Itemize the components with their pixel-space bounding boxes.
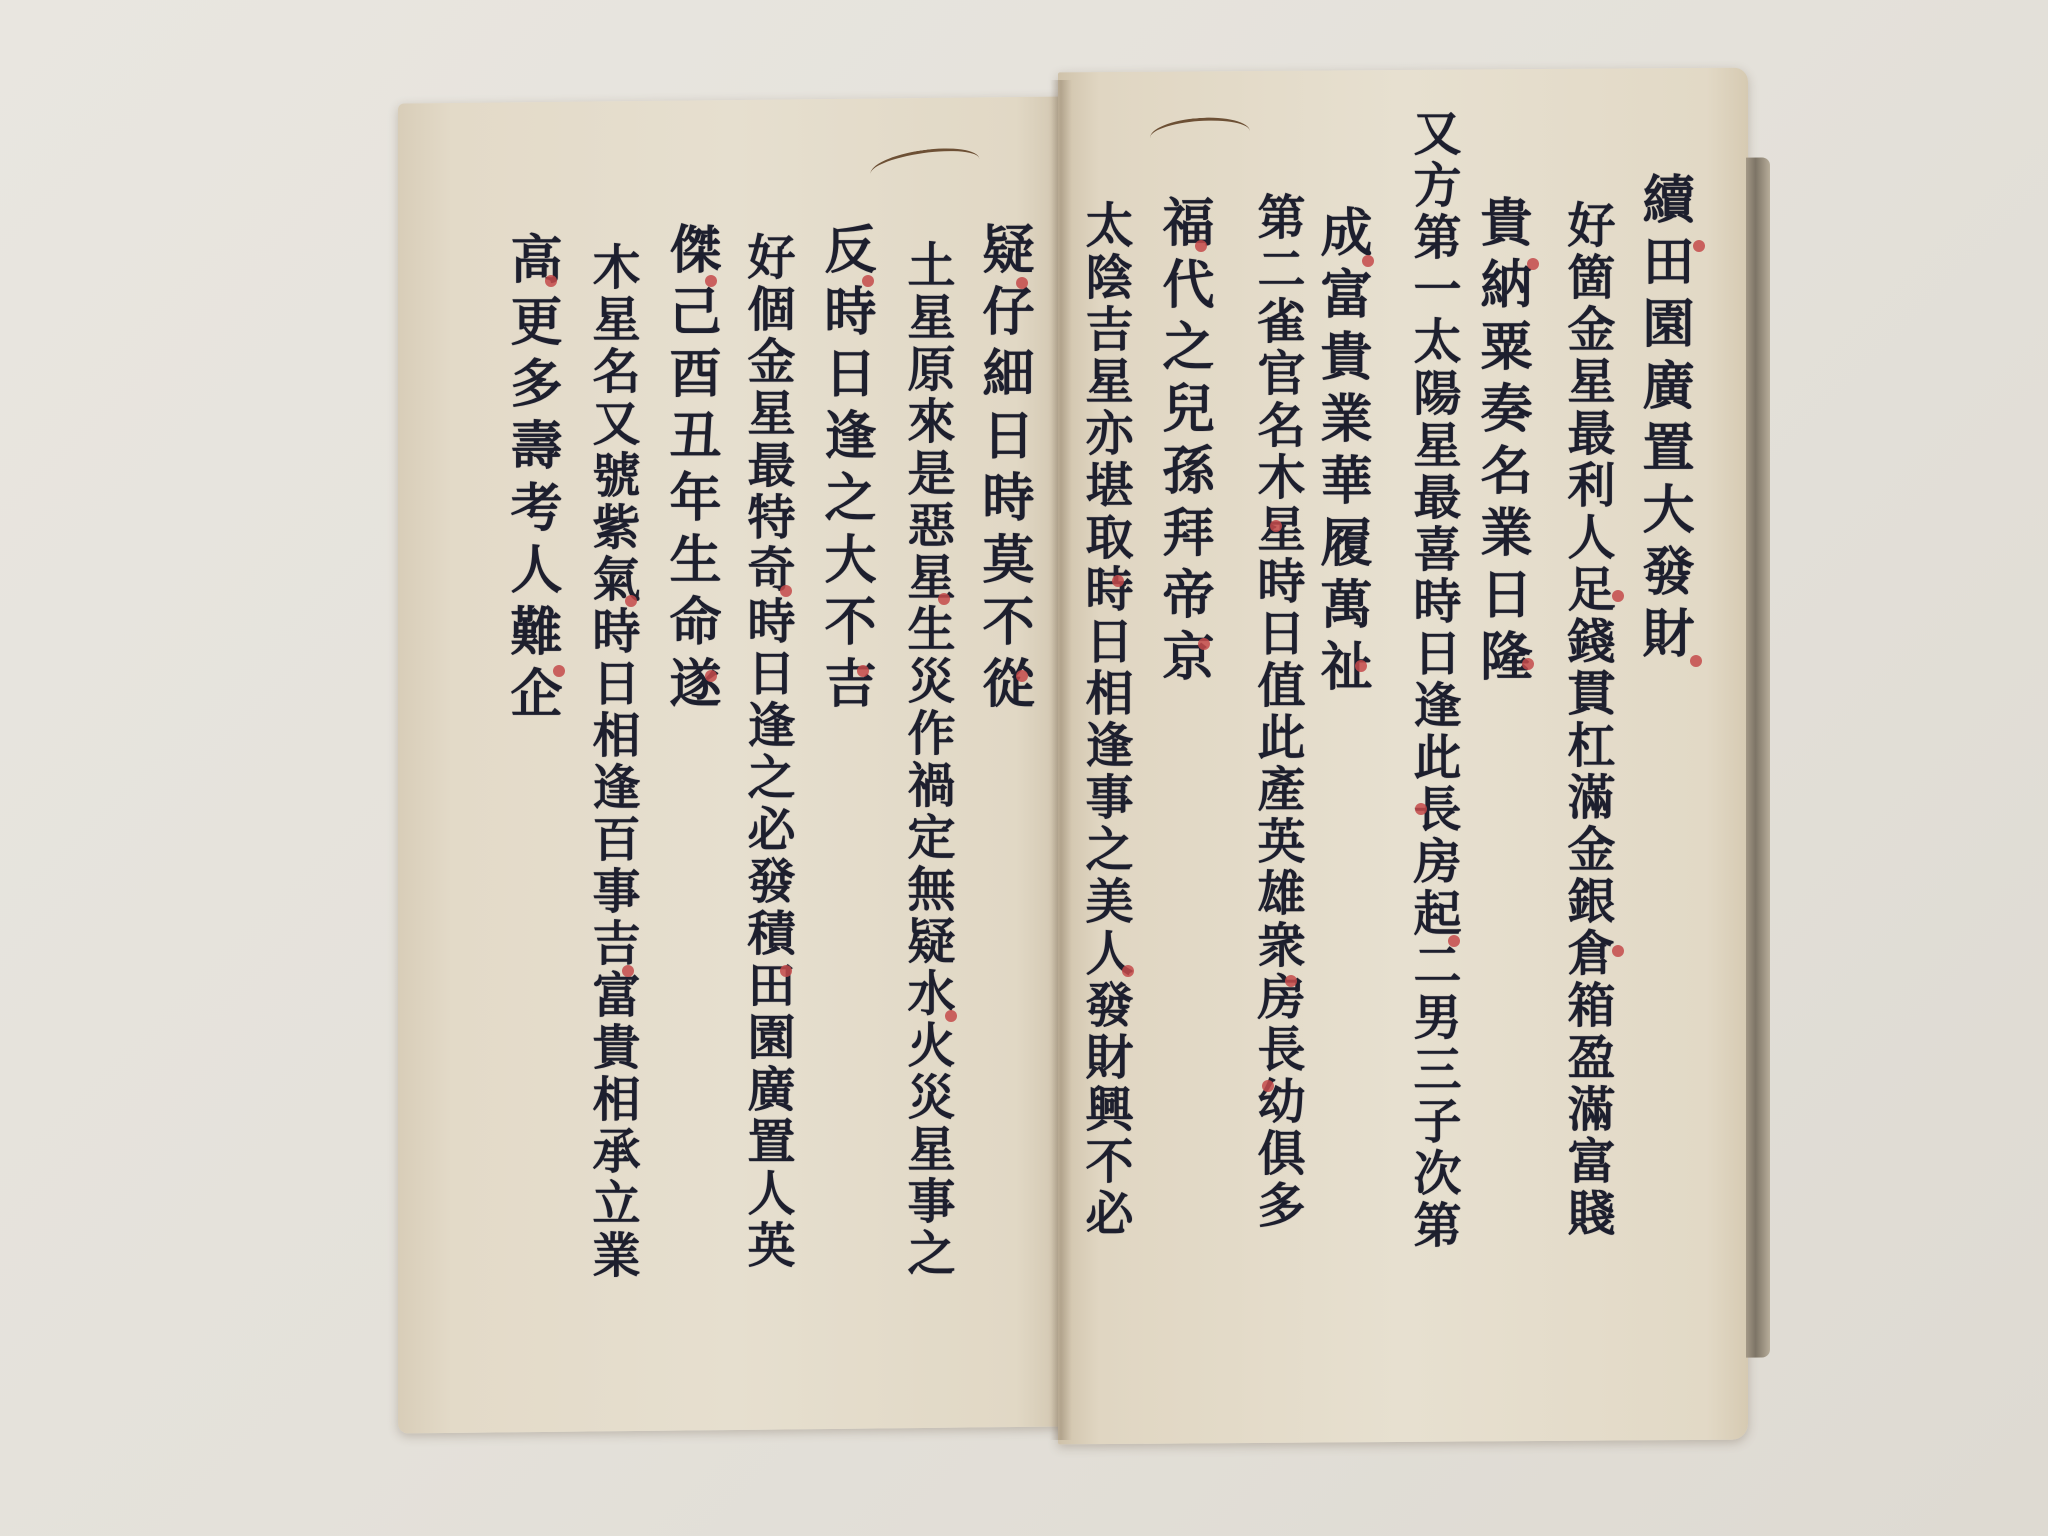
red-punctuation-mark <box>625 595 637 607</box>
text-column: 木星名又號紫氣時日相逢百事吉富貴相承立業 <box>575 242 645 1282</box>
red-punctuation-mark <box>780 965 792 977</box>
red-punctuation-mark <box>938 593 950 605</box>
red-punctuation-mark <box>857 665 869 677</box>
red-punctuation-mark <box>1198 638 1210 650</box>
text-column: 好個金星最特奇時日逢之必發積田園廣置人英 <box>730 232 800 1272</box>
red-punctuation-mark <box>1355 660 1367 672</box>
red-punctuation-mark <box>705 670 717 682</box>
red-punctuation-mark <box>1448 935 1460 947</box>
red-punctuation-mark <box>862 275 874 287</box>
red-punctuation-mark <box>1693 240 1705 252</box>
red-punctuation-mark <box>705 275 717 287</box>
red-punctuation-mark <box>1522 658 1534 670</box>
red-punctuation-mark <box>1122 965 1134 977</box>
red-punctuation-mark <box>1612 590 1624 602</box>
text-column: 第二雀官名木星時日值此產英雄衆房長幼俱多 <box>1240 192 1310 1232</box>
red-punctuation-mark <box>945 1010 957 1022</box>
text-column: 反時日逢之大不吉 <box>810 222 880 718</box>
red-punctuation-mark <box>1195 240 1207 252</box>
red-punctuation-mark <box>545 275 557 287</box>
red-punctuation-mark <box>1262 1080 1274 1092</box>
red-punctuation-mark <box>1612 945 1624 957</box>
text-column: 好箇金星最利人足錢貫杠滿金銀倉箱盈滿富賤 <box>1550 200 1620 1240</box>
text-column: 傑己酉丑年生命遂 <box>655 222 725 718</box>
red-punctuation-mark <box>1016 277 1028 289</box>
red-punctuation-mark <box>1690 655 1702 667</box>
red-punctuation-mark <box>1415 803 1427 815</box>
text-column: 疑仔細日時莫不從 <box>968 222 1038 718</box>
red-punctuation-mark <box>1285 975 1297 987</box>
text-column: 福代之兒孫拜帝京 <box>1148 195 1218 691</box>
text-column: 續田園廣置大發財 <box>1628 172 1698 668</box>
page-stack-edge <box>1746 157 1770 1357</box>
red-punctuation-mark <box>622 965 634 977</box>
text-column: 土星原來是惡星生災作禍定無疑水火災星事之 <box>890 240 960 1280</box>
red-punctuation-mark <box>553 665 565 677</box>
text-column: 成富貴業華履萬祉 <box>1306 205 1376 701</box>
text-column: 又方第一太陽星最喜時日逢此長房起二男三子次第 <box>1396 108 1466 1252</box>
red-punctuation-mark <box>1527 258 1539 270</box>
text-column: 高更多壽考人難企 <box>496 232 566 728</box>
red-punctuation-mark <box>1112 575 1124 587</box>
red-punctuation-mark <box>1016 670 1028 682</box>
text-column: 貴納粟奏名業日隆 <box>1466 195 1536 691</box>
text-column: 太陰吉星亦堪取時日相逢事之美人發財興不必 <box>1068 200 1138 1240</box>
open-manuscript-book: 續田園廣置大發財 好箇金星最利人足錢貫杠滿金銀倉箱盈滿富賤 貴納粟奏名業日隆 又… <box>0 0 2048 1536</box>
red-punctuation-mark <box>780 585 792 597</box>
red-punctuation-mark <box>1270 520 1282 532</box>
red-punctuation-mark <box>1362 255 1374 267</box>
